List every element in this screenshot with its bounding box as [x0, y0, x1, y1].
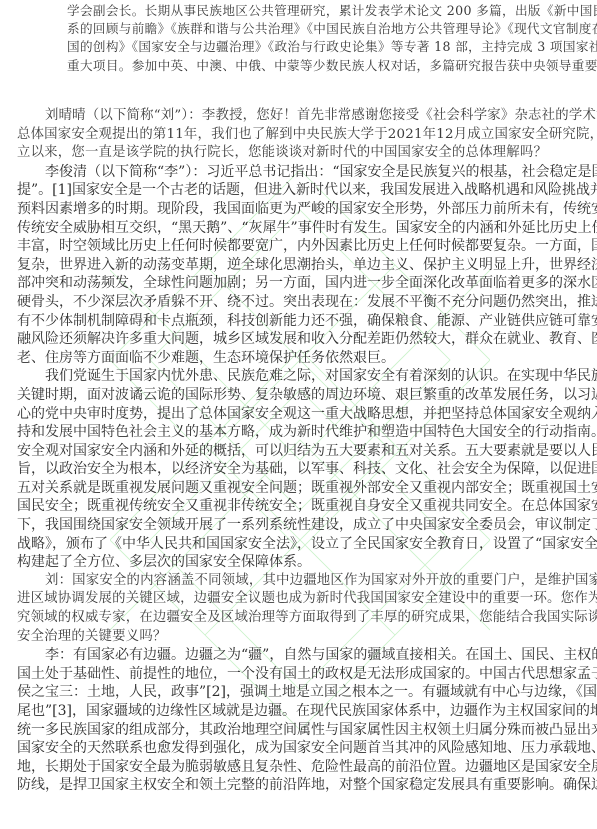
- answer-paragraph: 我们党诞生于国家内忧外患、民族危难之际，对国家安全有着深刻的认识。在实现中华民族…: [17, 367, 586, 572]
- text-line: 融风险还须解决许多重大问题，城乡区域发展和收入分配差距仍然较大，群众在就业、教育…: [17, 330, 586, 349]
- text-line: 我们党诞生于国家内忧外患、民族危难之际，对国家安全有着深刻的认识。在实现中华民族…: [17, 367, 586, 386]
- interview-body: 刘晴晴（以下简称“刘”）：李教授，您好！首先非常感谢您接受《社会科学家》杂志社的…: [17, 107, 586, 795]
- question-paragraph: 刘晴晴（以下简称“刘”）：李教授，您好！首先非常感谢您接受《社会科学家》杂志社的…: [17, 107, 586, 163]
- text-line: 国土处于基础性、前提性的地位，一个没有国土的政权是无法形成国家的。中国古代思想家…: [17, 665, 586, 684]
- text-line: 关键时期，面对波谲云诡的国际形势、复杂敏感的周边环境、艰巨繁重的改革发展任务，以…: [17, 386, 586, 405]
- text-line: 五对关系就是既重视发展问题又重视安全问题；既重视外部安全又重视内部安全；既重视国…: [17, 479, 586, 498]
- bio-line: 学会副会长。长期从事民族地区公共管理研究，累计发表学术论文 200 多篇，出版《…: [67, 2, 521, 20]
- answer-paragraph: 李俊清（以下简称“李”）：习近平总书记指出：“国家安全是民族复兴的根基，社会稳定…: [17, 163, 586, 368]
- text-line: 立以来，您一直是该学院的执行院长，您能谈谈对新时代的中国国家安全的总体理解吗？: [17, 144, 586, 163]
- text-line: 尾也”[3]，国家疆域的边缘性区域就是边疆。在现代民族国家体系中，边疆作为主权国…: [17, 702, 586, 721]
- text-line: 安全治理的关键要义吗？: [17, 628, 586, 647]
- text-line: 刘：国家安全的内容涵盖不同领域，其中边疆地区作为国家对外开放的重要门户，是维护国…: [17, 572, 586, 591]
- text-line: 心的党中央审时度势，提出了总体国家安全观这一重大战略思想，并把坚持总体国家安全观…: [17, 405, 586, 424]
- text-line: 防线，是捍卫国家主权安全和领土完整的前沿阵地，对整个国家稳定发展具有重要影响。确…: [17, 776, 586, 795]
- text-line: 究领域的权威专家，在边疆安全及区域治理等方面取得到了丰厚的研究成果，您能结合我国…: [17, 609, 586, 628]
- text-line: 侯之宝三：土地，人民，政事”[2]，强调土地是立国之根本之一。有疆域就有中心与边…: [17, 683, 586, 702]
- text-line: 提”。[1]国家安全是一个古老的话题，但进入新时代以来，我国发展进入战略机遇和风…: [17, 181, 586, 200]
- text-line: 地，长期处于国家安全最为脆弱敏感且复杂性、危险性最高的前沿位置。边疆地区是国家安…: [17, 758, 586, 777]
- text-line: 总体国家安全观提出的第11年，我们也了解到中央民族大学于2021年12月成立国家…: [17, 126, 586, 145]
- bio-line: 系的回顾与前瞻》《族群和谐与公共治理》《中国民族自治地方公共管理导论》《现代文官…: [67, 20, 521, 38]
- text-line: 下，我国围绕国家安全领域开展了一系列系统性建设，成立了中央国家安全委员会，审议制…: [17, 516, 586, 535]
- text-line: 刘晴晴（以下简称“刘”）：李教授，您好！首先非常感谢您接受《社会科学家》杂志社的…: [17, 107, 586, 126]
- text-line: 复杂，世界进入新的动荡变革期，逆全球化思潮抬头，单边主义、保护主义明显上升，世界…: [17, 256, 586, 275]
- text-line: 统一多民族国家的组成部分，其政治地理空间属性与国家属性因主权领土归属分殊而被凸显…: [17, 721, 586, 740]
- text-line: 安全观对国家安全内涵和外延的概括，可以归结为五大要素和五对关系。五大要素就是要以…: [17, 442, 586, 461]
- question-paragraph: 刘：国家安全的内容涵盖不同领域，其中边疆地区作为国家对外开放的重要门户，是维护国…: [17, 572, 586, 646]
- bio-line: 重大项目。参加中英、中澳、中俄、中蒙等少数民族人权对话，多篇研究报告获中央领导重…: [67, 57, 521, 75]
- text-line: 丰富，时空领域比历史上任何时候都要宽广，内外因素比历史上任何时候都要复杂。一方面…: [17, 237, 586, 256]
- text-line: 战略》，颁布了《中华人民共和国国家安全法》，设立了全民国家安全教育日，设置了“国…: [17, 535, 586, 554]
- text-line: 持和发展中国特色社会主义的基本方略，成为新时代维护和塑造中国特色大国安全的行动指…: [17, 423, 586, 442]
- text-line: 李：有国家必有边疆。边疆之为“疆”，自然与国家的疆域直接相关。在国土、国民、主权…: [17, 646, 586, 665]
- text-line: 传统安全威胁相互交织，“黑天鹅”、“灰犀牛”事件时有发生。国家安全的内涵和外延比…: [17, 219, 586, 238]
- text-line: 国家安全的天然联系也愈发得到强化，成为国家安全问题首当其冲的风险感知地、压力承载…: [17, 739, 586, 758]
- text-line: 进区域协调发展的关键区域，边疆安全议题也成为新时代我国国家安全建设中的重要一环。…: [17, 590, 586, 609]
- bio-line: 国的创构》《国家安全与边疆治理》《政治与行政史论集》等专著 18 部，主持完成 …: [67, 38, 521, 56]
- answer-paragraph: 李：有国家必有边疆。边疆之为“疆”，自然与国家的疆域直接相关。在国土、国民、主权…: [17, 646, 586, 795]
- text-line: 构建起了全方位、多层次的国家安全保障体系。: [17, 553, 586, 572]
- text-line: 有不少体制机制障碍和卡点瓶颈，科技创新能力还不强，确保粮食、能源、产业链供应链可…: [17, 312, 586, 331]
- text-line: 预料因素增多的时期。现阶段，我国面临更为严峻的国家安全形势，外部压力前所未有，传…: [17, 200, 586, 219]
- text-line: 旨，以政治安全为根本，以经济安全为基础，以军事、科技、文化、社会安全为保障，以促…: [17, 460, 586, 479]
- text-line: 硬骨头，不少深层次矛盾躲不开、绕不过。突出表现在：发展不平衡不充分问题仍然突出，…: [17, 293, 586, 312]
- author-bio: 学会副会长。长期从事民族地区公共管理研究，累计发表学术论文 200 多篇，出版《…: [67, 2, 521, 75]
- text-line: 老、住房等方面面临不少难题，生态环境保护任务依然艰巨。: [17, 349, 586, 368]
- text-line: 国民安全；既重视传统安全又重视非传统安全；既重视自身安全又重视共同安全。在总体国…: [17, 497, 586, 516]
- text-line: 部冲突和动荡频发，全球性问题加剧；另一方面，国内进一步全面深化改革面临着更多的深…: [17, 274, 586, 293]
- text-line: 李俊清（以下简称“李”）：习近平总书记指出：“国家安全是民族复兴的根基，社会稳定…: [17, 163, 586, 182]
